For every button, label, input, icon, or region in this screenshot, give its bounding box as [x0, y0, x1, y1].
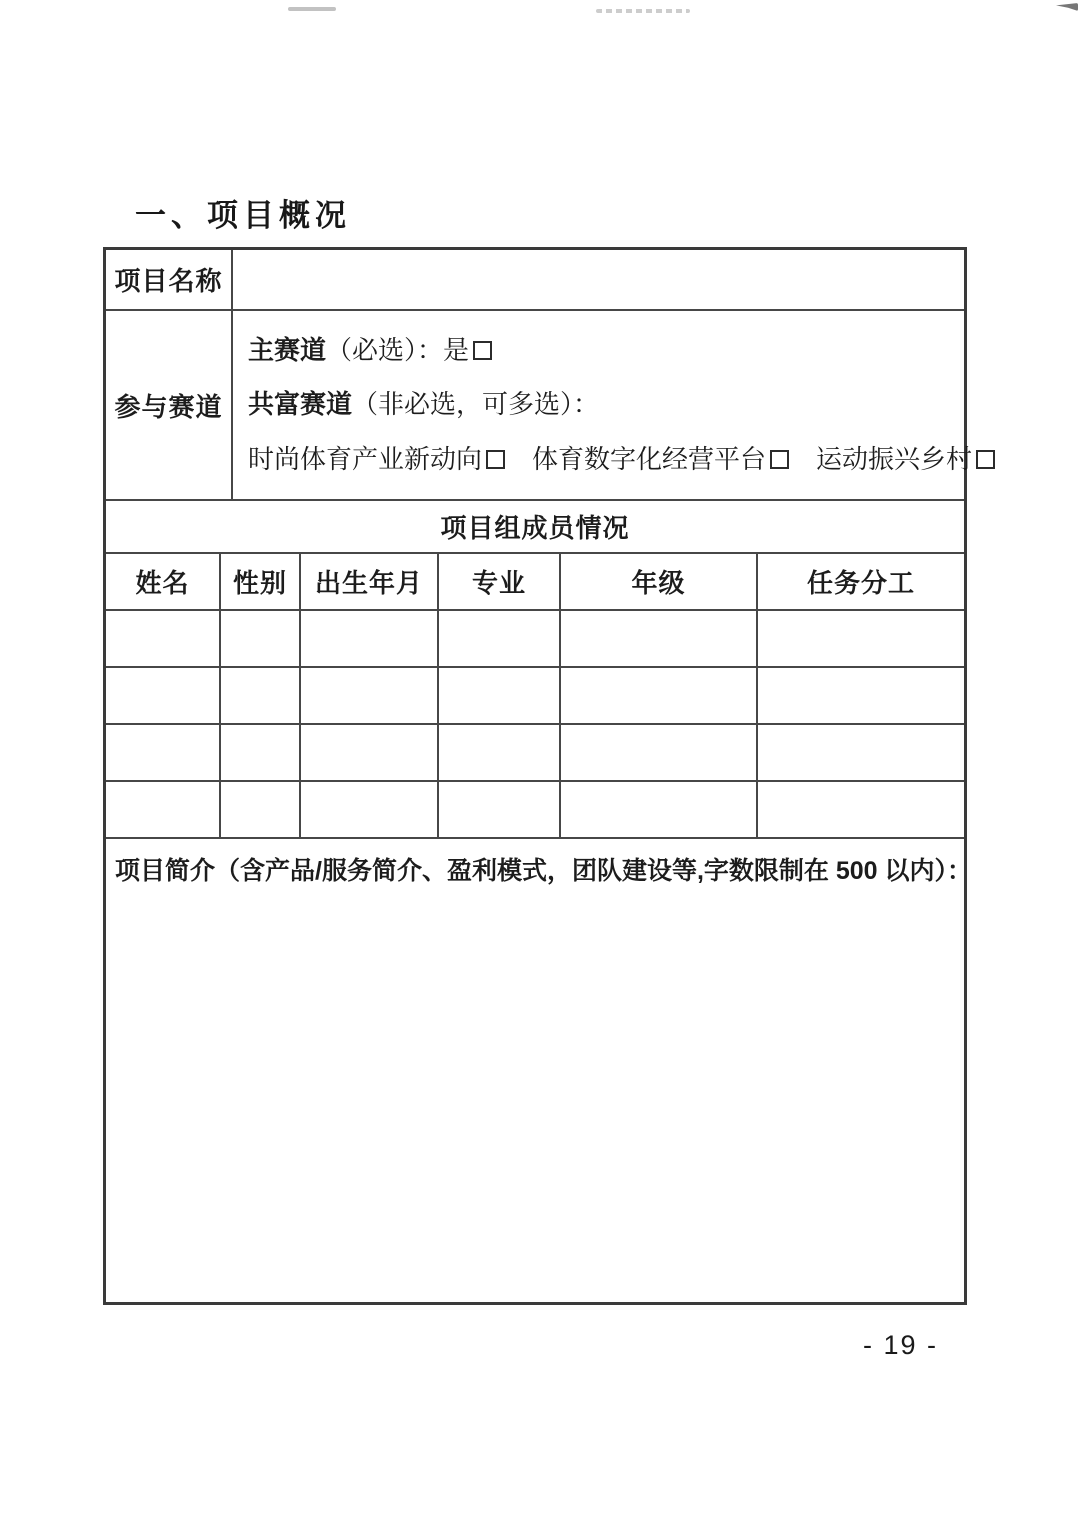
member-cell[interactable] — [221, 668, 301, 723]
digital-platform-checkbox[interactable] — [770, 450, 789, 469]
tracks-content: 主赛道（必选）：是 共富赛道（非必选，可多选）： 时尚体育产业新动向 体育数字化… — [233, 311, 1005, 499]
member-cell[interactable] — [301, 668, 439, 723]
member-cell[interactable] — [758, 725, 964, 780]
page-title: 一、项目概况 — [135, 190, 351, 235]
members-table: 姓名 性别 出生年月 专业 年级 任务分工 — [106, 554, 964, 839]
column-header-role: 任务分工 — [758, 554, 964, 609]
member-cell[interactable] — [221, 782, 301, 837]
project-intro-input[interactable] — [115, 887, 958, 1302]
members-section-title: 项目组成员情况 — [106, 501, 964, 554]
track-option-label: 体育数字化经营平台 — [532, 445, 766, 474]
member-cell[interactable] — [106, 725, 221, 780]
member-cell[interactable] — [221, 725, 301, 780]
project-overview-table: 项目名称 参与赛道 主赛道（必选）：是 共富赛道（非必选，可多选）： 时尚体育产… — [103, 247, 967, 1305]
column-header-birthdate: 出生年月 — [301, 554, 439, 609]
member-cell[interactable] — [439, 611, 561, 666]
member-cell[interactable] — [561, 668, 758, 723]
project-name-input[interactable] — [233, 250, 964, 309]
document-page: 一、项目概况 项目名称 参与赛道 主赛道（必选）：是 共富赛道（非必选，可多选）… — [0, 0, 1080, 1527]
member-cell[interactable] — [758, 782, 964, 837]
track-option-fashion-sports: 时尚体育产业新动向 — [248, 439, 505, 476]
track-option-label: 运动振兴乡村 — [816, 445, 972, 474]
member-cell[interactable] — [439, 725, 561, 780]
prosperity-track-note: （非必选，可多选）： — [352, 390, 599, 419]
prosperity-track-line: 共富赛道（非必选，可多选）： — [248, 384, 995, 421]
member-cell[interactable] — [561, 782, 758, 837]
member-cell[interactable] — [301, 782, 439, 837]
member-cell[interactable] — [758, 668, 964, 723]
member-cell[interactable] — [561, 611, 758, 666]
project-name-row: 项目名称 — [106, 250, 964, 311]
member-row — [106, 611, 964, 668]
member-cell[interactable] — [106, 668, 221, 723]
tracks-row: 参与赛道 主赛道（必选）：是 共富赛道（非必选，可多选）： 时尚体育产业新动向 … — [106, 311, 964, 501]
main-track-line: 主赛道（必选）：是 — [248, 330, 995, 367]
track-option-label: 时尚体育产业新动向 — [248, 445, 482, 474]
member-row — [106, 668, 964, 725]
member-cell[interactable] — [439, 782, 561, 837]
page-number: - 19 - — [863, 1330, 938, 1361]
project-name-label: 项目名称 — [106, 250, 233, 309]
member-row — [106, 782, 964, 839]
column-header-name: 姓名 — [106, 554, 221, 609]
track-option-rural-revitalization: 运动振兴乡村 — [816, 439, 995, 476]
fashion-sports-checkbox[interactable] — [486, 450, 505, 469]
rural-revitalization-checkbox[interactable] — [976, 450, 995, 469]
member-cell[interactable] — [758, 611, 964, 666]
project-intro-section: 项目简介（含产品/服务简介、盈利模式，团队建设等,字数限制在 500 以内）： — [106, 839, 964, 1302]
main-track-name: 主赛道 — [248, 335, 326, 365]
track-option-digital-platform: 体育数字化经营平台 — [532, 439, 789, 476]
member-cell[interactable] — [301, 611, 439, 666]
member-cell[interactable] — [439, 668, 561, 723]
track-options-line: 时尚体育产业新动向 体育数字化经营平台 运动振兴乡村 — [248, 439, 995, 476]
main-track-note: （必选）：是 — [326, 336, 469, 365]
scan-artifact — [288, 7, 336, 11]
column-header-major: 专业 — [439, 554, 561, 609]
tracks-label: 参与赛道 — [106, 311, 233, 499]
member-cell[interactable] — [301, 725, 439, 780]
column-header-gender: 性别 — [221, 554, 301, 609]
project-intro-label: 项目简介（含产品/服务简介、盈利模式，团队建设等,字数限制在 500 以内）： — [115, 851, 958, 887]
prosperity-track-name: 共富赛道 — [248, 389, 352, 419]
scan-artifact — [1056, 3, 1078, 11]
member-cell[interactable] — [106, 611, 221, 666]
member-cell[interactable] — [221, 611, 301, 666]
column-header-grade: 年级 — [561, 554, 758, 609]
member-cell[interactable] — [561, 725, 758, 780]
main-track-yes-checkbox[interactable] — [473, 341, 492, 360]
members-header-row: 姓名 性别 出生年月 专业 年级 任务分工 — [106, 554, 964, 611]
member-cell[interactable] — [106, 782, 221, 837]
member-row — [106, 725, 964, 782]
scan-artifact — [596, 9, 690, 13]
